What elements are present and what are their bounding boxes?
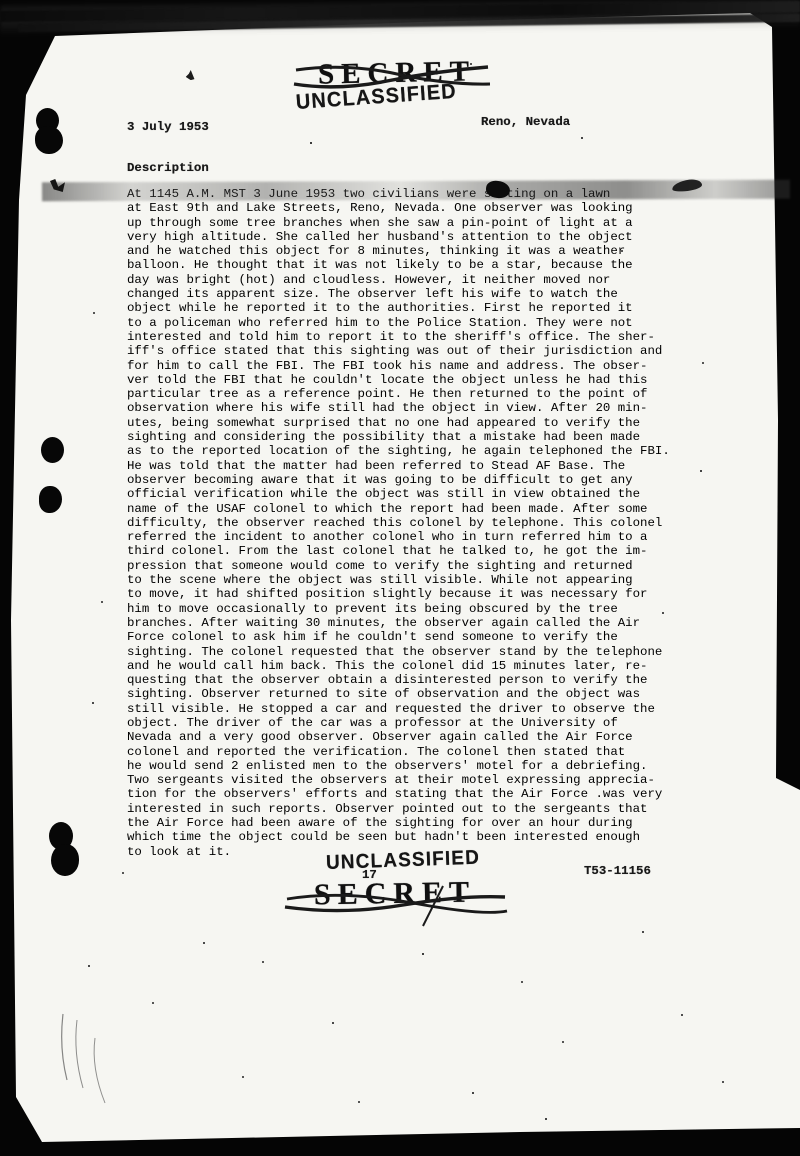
scan-speckles <box>0 0 2 2</box>
body-line: tion for the observers' efforts and stat… <box>127 787 687 801</box>
body-line: interested in such reports. Observer poi… <box>127 802 687 816</box>
body-line: colonel and reported the verification. T… <box>127 745 687 759</box>
body-line: branches. After waiting 30 minutes, the … <box>127 616 687 630</box>
body-line: him to move occasionally to prevent its … <box>127 602 687 616</box>
body-line: questing that the observer obtain a disi… <box>127 673 687 687</box>
body-line: object while he reported it to the autho… <box>127 301 687 315</box>
body-line: sighting. The colonel requested that the… <box>127 645 687 659</box>
pen-squiggles <box>55 1008 145 1118</box>
page-number: 17 <box>362 868 377 882</box>
body-line: name of the USAF colonel to which the re… <box>127 502 687 516</box>
body-line: particular tree as a reference point. He… <box>127 387 687 401</box>
body-line: iff's office stated that this sighting w… <box>127 344 687 358</box>
body-line: observer becoming aware that it was goin… <box>127 473 687 487</box>
hole-punch-blob <box>35 126 63 154</box>
hole-punch-blob <box>41 437 64 463</box>
body-line: object. The driver of the car was a prof… <box>127 716 687 730</box>
body-line: sighting and considering the possibility… <box>127 430 687 444</box>
hole-punch-blob <box>51 844 79 876</box>
document-body: At 1145 A.M. MST 3 June 1953 two civilia… <box>127 187 687 859</box>
body-line: Nevada and a very good observer. Observe… <box>127 730 687 744</box>
body-line: and he watched this object for 8 minutes… <box>127 244 687 258</box>
body-line: and he would call him back. This the col… <box>127 659 687 673</box>
secret-strikethrough-bottom <box>283 880 509 928</box>
body-line: he would send 2 enlisted men to the obse… <box>127 759 687 773</box>
body-line: utes, being somewhat surprised that no o… <box>127 416 687 430</box>
body-line: third colonel. From the last colonel tha… <box>127 544 687 558</box>
body-line: day was bright (hot) and cloudless. Howe… <box>127 273 687 287</box>
body-line: He was told that the matter had been ref… <box>127 459 687 473</box>
body-line: up through some tree branches when she s… <box>127 216 687 230</box>
body-line: to move, it had shifted position slightl… <box>127 587 687 601</box>
document-location: Reno, Nevada <box>481 115 570 129</box>
body-line: pression that someone would come to veri… <box>127 559 687 573</box>
body-line: at East 9th and Lake Streets, Reno, Neva… <box>127 201 687 215</box>
body-line: balloon. He thought that it was not like… <box>127 258 687 272</box>
body-line: the Air Force had been aware of the sigh… <box>127 816 687 830</box>
body-line: Two sergeants visited the observers at t… <box>127 773 687 787</box>
body-line: referred the incident to another colonel… <box>127 530 687 544</box>
document-date: 3 July 1953 <box>127 120 209 134</box>
body-line: changed its apparent size. The observer … <box>127 287 687 301</box>
body-line: difficulty, the observer reached this co… <box>127 516 687 530</box>
document-number: T53-11156 <box>584 864 651 878</box>
body-line: which time the object could be seen but … <box>127 830 687 844</box>
body-line: very high altitude. She called her husba… <box>127 230 687 244</box>
body-line: to the scene where the object was still … <box>127 573 687 587</box>
section-heading: Description <box>127 161 209 175</box>
body-line: Force colonel to ask him if he couldn't … <box>127 630 687 644</box>
body-line: still visible. He stopped a car and requ… <box>127 702 687 716</box>
body-line: observation where his wife still had the… <box>127 401 687 415</box>
body-line: interested and told him to report it to … <box>127 330 687 344</box>
body-line: official verification while the object w… <box>127 487 687 501</box>
body-line: sighting. Observer returned to site of o… <box>127 687 687 701</box>
secret-strikethrough-top <box>292 56 492 100</box>
body-line: as to the reported location of the sight… <box>127 444 687 458</box>
body-line: ver told the FBI that he couldn't locate… <box>127 373 687 387</box>
body-line: to a policeman who referred him to the P… <box>127 316 687 330</box>
body-line: for him to call the FBI. The FBI took hi… <box>127 359 687 373</box>
